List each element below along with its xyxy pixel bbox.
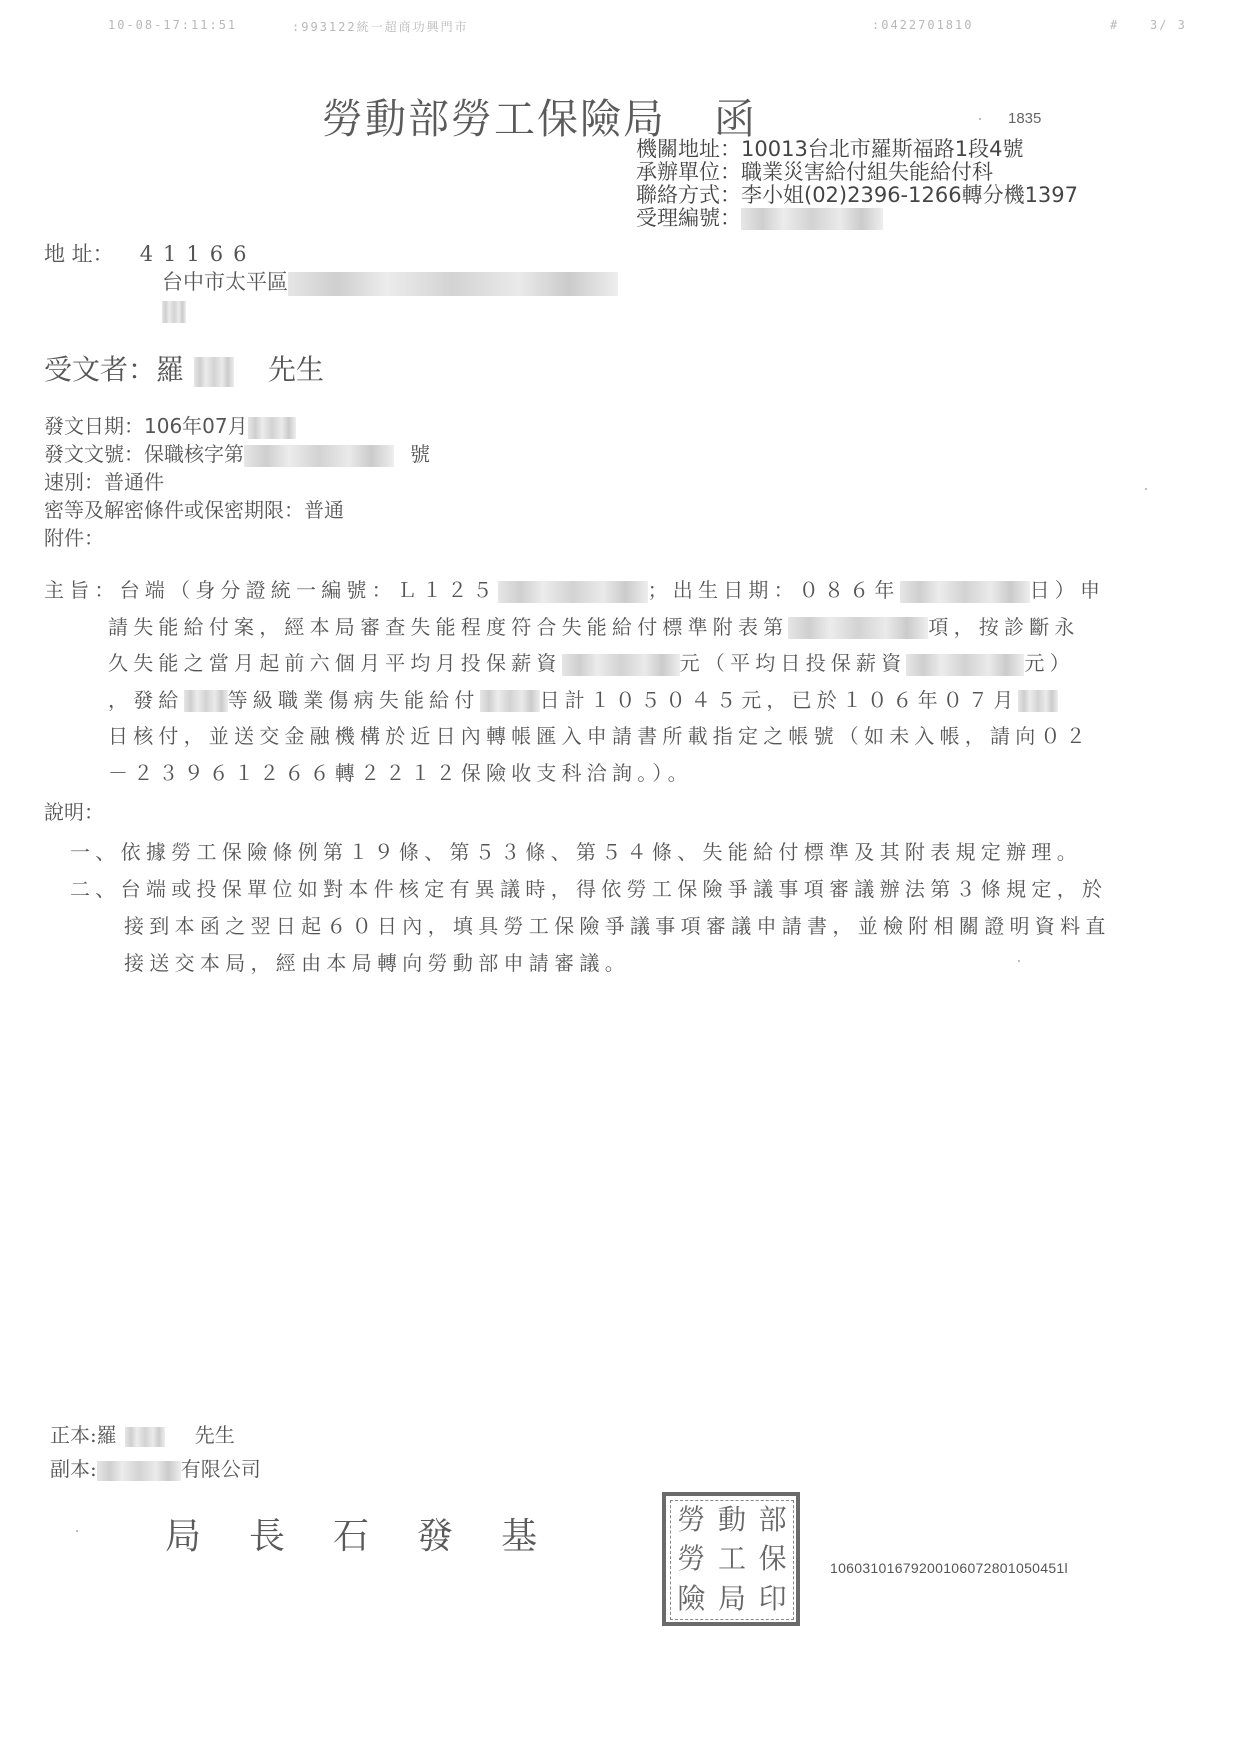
doc-number-row: 發文文號：保職核字第號 (44, 440, 430, 468)
copies-section: 正本:羅先生 副本:有限公司 (50, 1418, 261, 1486)
subject-line-5: 日核付，並送交金融機構於近日內轉帳匯入申請書所載指定之帳號（如未入帳，請向０２ (44, 718, 1164, 755)
redacted-doc-number (244, 445, 394, 467)
redacted-daily-salary (906, 654, 1024, 676)
redacted-original-name (125, 1427, 165, 1447)
recipient: 受文者：羅先生 (44, 348, 324, 388)
redacted-id (498, 581, 648, 603)
recipient-surname: 羅 (156, 353, 184, 386)
subject-label: 主旨： (44, 578, 120, 602)
redacted-monthly-salary (562, 654, 680, 676)
document-meta: 發文日期：106年07月 發文文號：保職核字第號 速別：普通件 密等及解密條件或… (44, 412, 430, 552)
explanation-item-2-cont-1: 接到本函之翌日起６０日內，填具勞工保險爭議事項審議申請書，並檢附相關證明資料直 (70, 908, 1111, 945)
recipient-title: 先生 (268, 353, 324, 386)
zip-code: 41166 (140, 242, 257, 266)
barcode-number: 10603101679200106072801050451l (830, 1560, 1068, 1576)
speed-value: 普通件 (104, 470, 164, 494)
fax-page-label: # (1110, 18, 1119, 32)
original-copy-row: 正本:羅先生 (50, 1418, 261, 1452)
issue-date-row: 發文日期：106年07月 (44, 412, 430, 440)
agency-info: 機關地址：10013台北市羅斯福路1段4號 承辦單位：職業災害給付組失能給付科 … (636, 138, 1078, 230)
redacted-address-2 (162, 301, 186, 323)
address-line: 台中市太平區 (162, 270, 288, 294)
speed-row: 速別：普通件 (44, 468, 430, 496)
redacted-days (480, 690, 540, 712)
agency-contact: 李小姐(02)2396-1266轉分機1397 (741, 183, 1078, 207)
explanation-section: 一、依據勞工保險條例第１９條、第５３條、第５４條、失能給付標準及其附表規定辦理。… (70, 834, 1111, 982)
doc-type: 函 (714, 95, 757, 143)
secrecy-value: 普通 (304, 498, 344, 522)
agency-address: 10013台北市羅斯福路1段4號 (741, 137, 1024, 161)
fax-timestamp: 10-08-17:11:51 (108, 18, 237, 32)
subject-section: 主旨：台端（身分證統一編號：Ｌ１２５；出生日期：０８６年日）申 請失能給付案，經… (44, 572, 1164, 791)
duplicate-copy-row: 副本:有限公司 (50, 1452, 261, 1486)
agency-unit: 職業災害給付組失能給付科 (741, 160, 993, 184)
redacted-name (194, 357, 234, 387)
redacted-company (97, 1461, 181, 1481)
redacted-address (288, 272, 618, 296)
subject-line-1: 主旨：台端（身分證統一編號：Ｌ１２５；出生日期：０８６年日）申 (44, 572, 1164, 609)
fax-number: :0422701810 (872, 18, 973, 32)
director-signature: 局長石發基 (165, 1508, 585, 1559)
agency-unit-row: 承辦單位：職業災害給付組失能給付科 (636, 161, 1078, 184)
serial-number: 1835 (1008, 110, 1041, 127)
redacted-day (248, 417, 296, 439)
attachment-row: 附件： (44, 524, 430, 552)
issue-date: 106年07月 (144, 414, 248, 438)
explanation-label: 說明： (44, 796, 104, 825)
subject-line-4: ，發給等級職業傷病失能給付日計１０５０４５元，已於１０６年０７月 (44, 682, 1164, 719)
subject-line-6: －２３９６１２６６轉２２１２保險收支科洽詢。）。 (44, 755, 1164, 792)
explanation-item-2-cont-2: 接送交本局，經由本局轉向勞動部申請審議。 (70, 945, 1111, 982)
subject-line-2: 請失能給付案，經本局審查失能程度符合失能給付標準附表第項，按診斷永 (44, 609, 1164, 646)
benefit-amount: 日計１０５０４５元，已於１０６年０７月 (540, 688, 1019, 712)
explanation-item-1: 一、依據勞工保險條例第１９條、第５３條、第５４條、失能給付標準及其附表規定辦理。 (70, 834, 1111, 871)
redacted-pay-day (1018, 690, 1058, 712)
agency-name: 勞動部勞工保險局 (322, 95, 666, 143)
redacted-item (788, 617, 928, 639)
official-seal-icon: 勞 動 部 勞 工 保 險 局 印 (662, 1492, 800, 1626)
explanation-item-2: 二、台端或投保單位如對本件核定有異議時，得依勞工保險爭議事項審議辦法第３條規定，… (70, 871, 1111, 908)
secrecy-row: 密等及解密條件或保密期限：普通 (44, 496, 430, 524)
fax-sender: :993122統一超商功興門市 (292, 18, 469, 35)
recipient-address: 地 址：41166 台中市太平區 (44, 240, 618, 324)
agency-address-row: 機關地址：10013台北市羅斯福路1段4號 (636, 138, 1078, 161)
subject-line-3: 久失能之當月起前六個月平均月投保薪資元（平均日投保薪資元） (44, 645, 1164, 682)
agency-contact-row: 聯絡方式：李小姐(02)2396-1266轉分機1397 (636, 184, 1078, 207)
receipt-number-row: 受理編號： (636, 207, 1078, 230)
redacted-receipt-number (741, 208, 883, 230)
redacted-birthdate (900, 581, 1030, 603)
redacted-grade (184, 690, 228, 712)
fax-page: 3/ 3 (1150, 18, 1187, 32)
